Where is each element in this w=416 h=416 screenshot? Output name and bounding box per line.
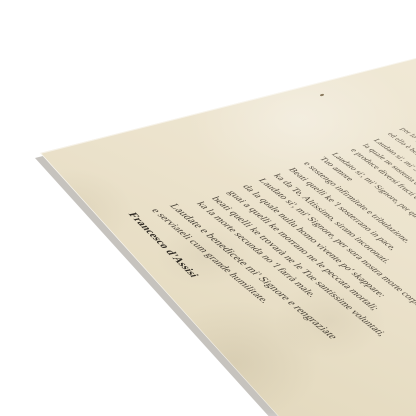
poster-paper: per lo quale ennallumini la nocte: ed el… <box>0 0 416 416</box>
paper-speck <box>320 94 324 97</box>
print-mockup-photo: per lo quale ennallumini la nocte: ed el… <box>0 0 416 416</box>
paper-edge-highlight-top <box>40 56 416 154</box>
